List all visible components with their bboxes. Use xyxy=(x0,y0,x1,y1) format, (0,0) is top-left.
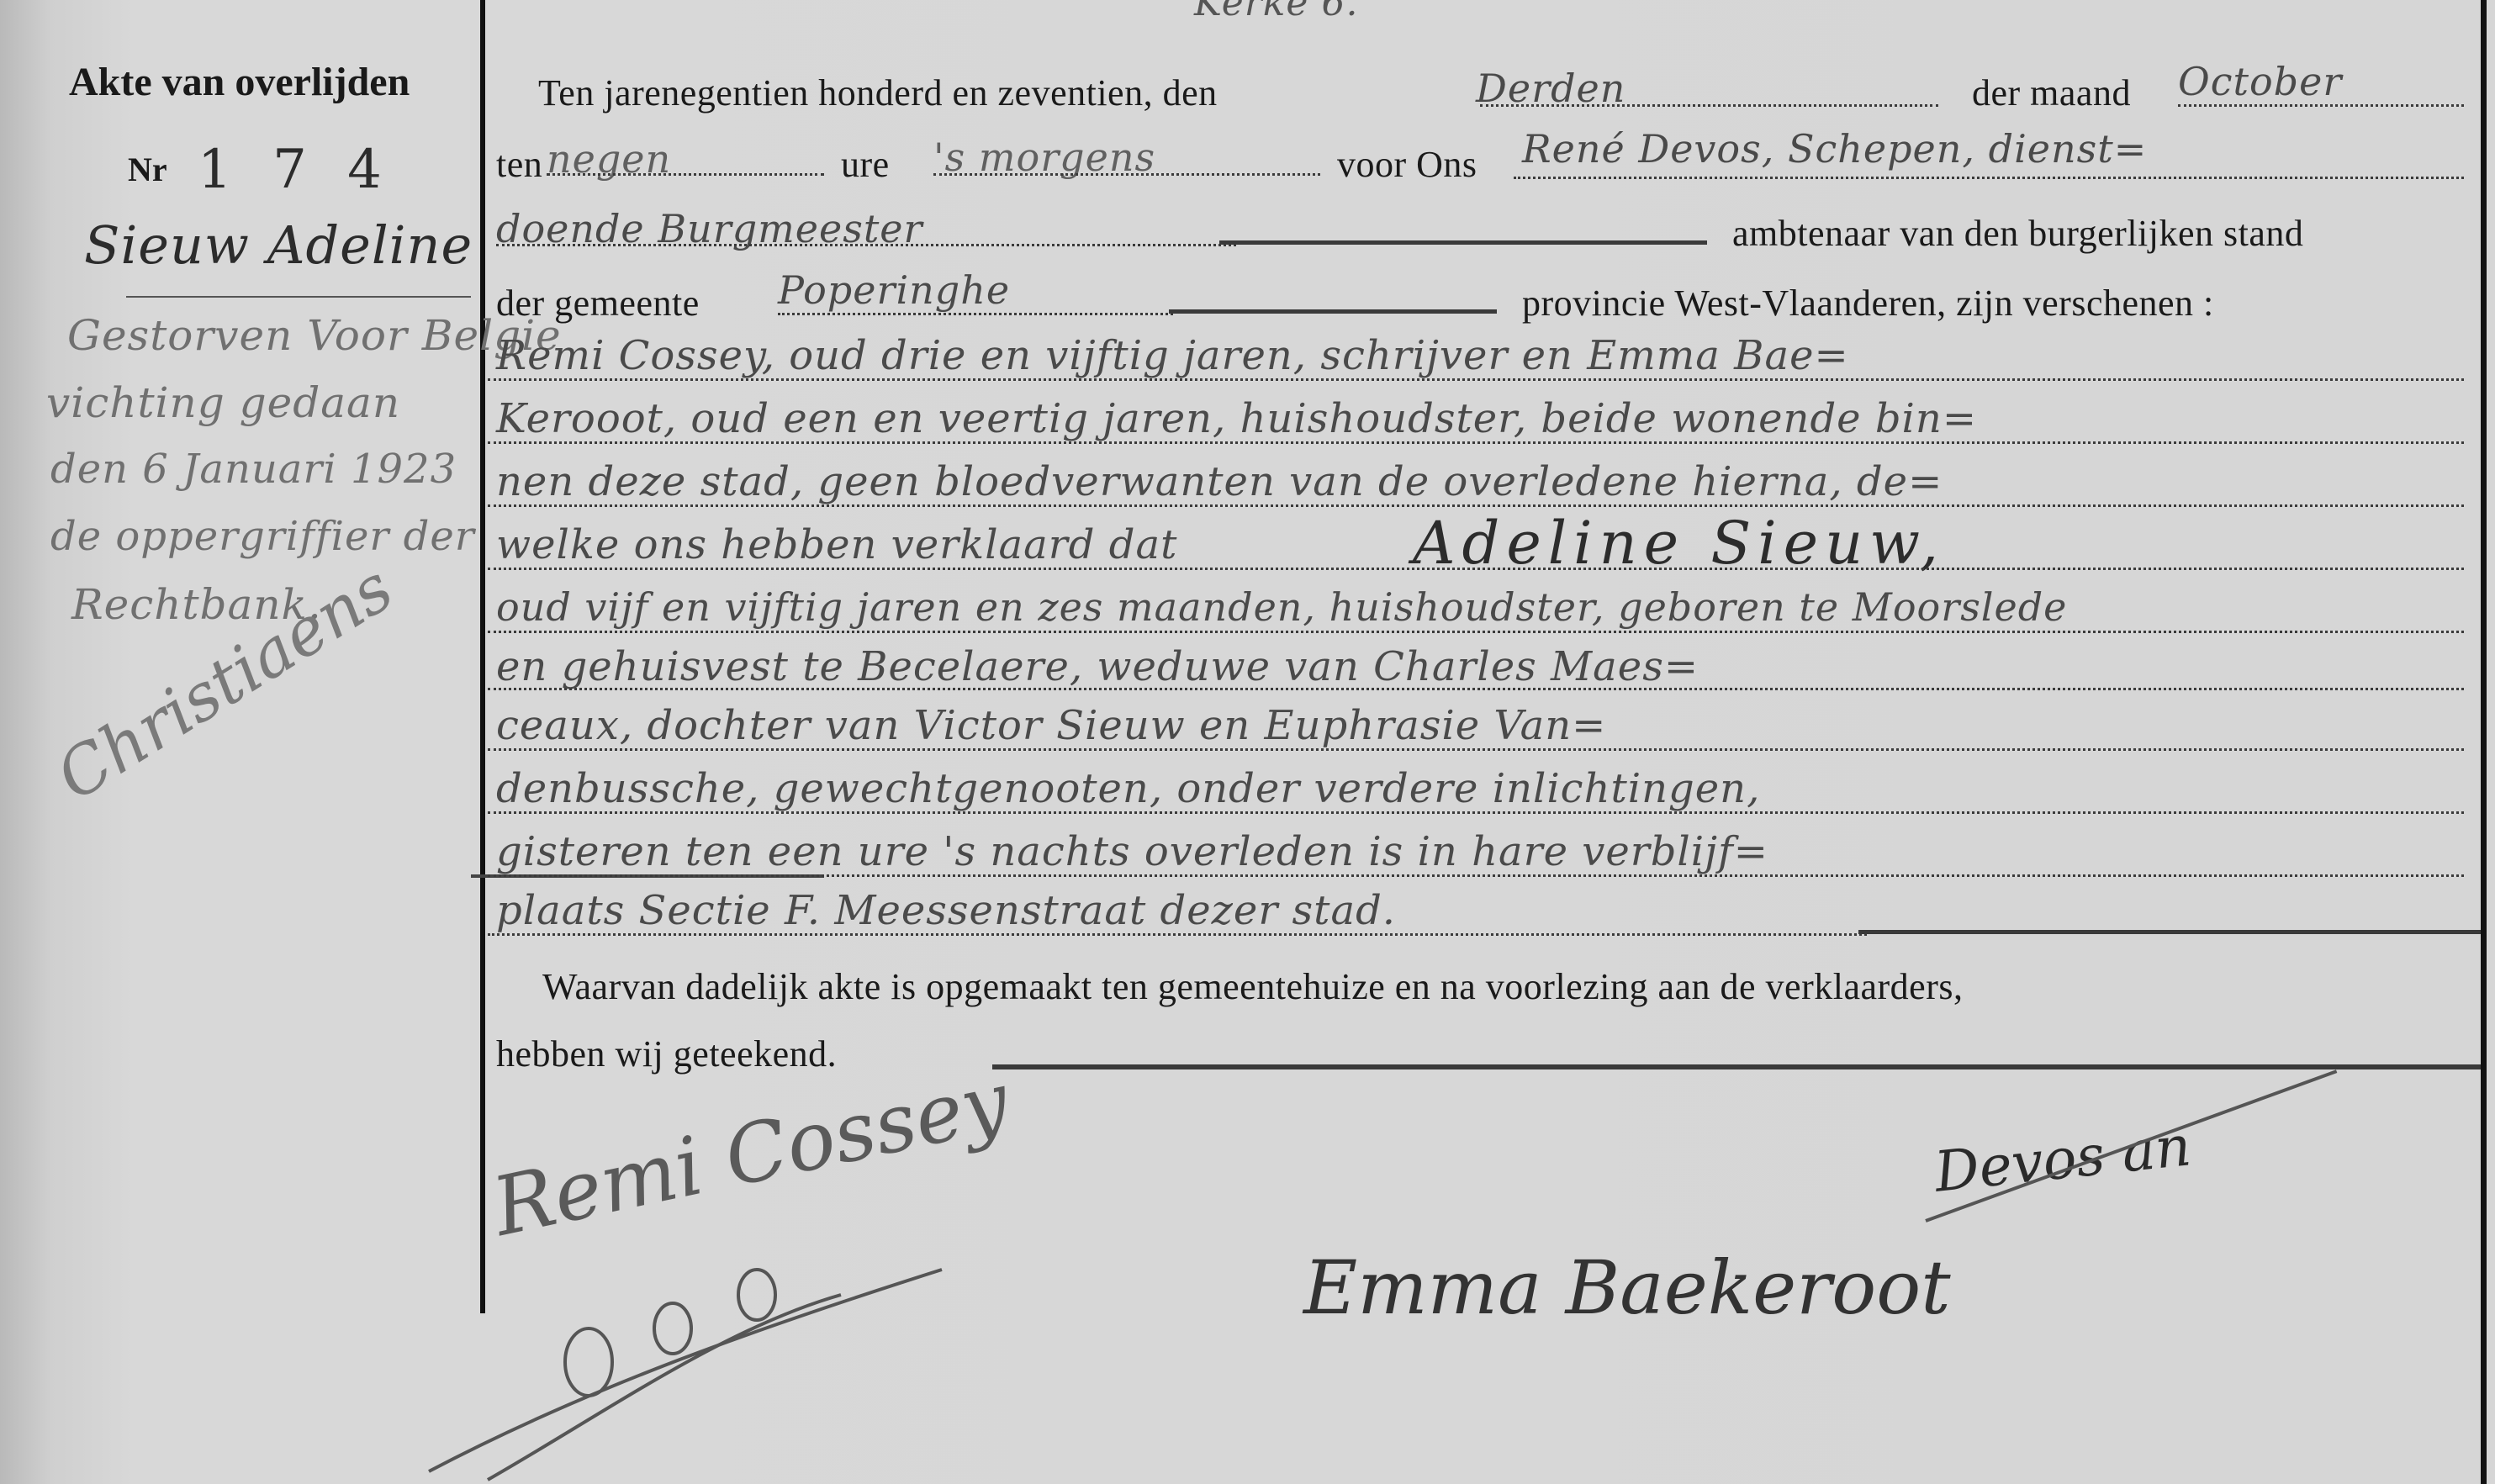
officer-name-field: René Devos, Schepen, dienst= xyxy=(1522,126,2147,172)
signature-officer: Devos an xyxy=(1932,1113,2194,1205)
declaration-line-2: Kerooot, oud een en veertig jaren, huish… xyxy=(496,395,1977,442)
signature-witness-2: Emma Baekeroot xyxy=(1303,1244,1951,1331)
record-number: 1 7 4 xyxy=(198,139,394,201)
municipality-field: Poperinghe xyxy=(778,267,1010,313)
closing-solid-rule xyxy=(992,1064,2481,1069)
declaration-rule-1 xyxy=(488,378,2464,381)
body-line2-text-c: voor Ons xyxy=(1337,143,1477,186)
declaration-rule-9 xyxy=(488,874,2464,877)
declaration-line-1: Remi Cossey, oud drie en vijftig jaren, … xyxy=(496,332,1849,379)
declaration-rule-4 xyxy=(488,568,2464,570)
declaration-line-8: denbussche, gewechtgenooten, onder verde… xyxy=(496,765,1760,812)
declaration-rule-6 xyxy=(488,688,2464,690)
municipality-solid-rule xyxy=(1169,309,1497,314)
deceased-name-underline xyxy=(126,296,471,298)
declaration-line-7: ceaux, dochter van Victor Sieuw en Euphr… xyxy=(496,702,1606,749)
month-field: October xyxy=(2178,59,2342,104)
declaration-line-10: plaats Sectie F. Meessenstraat dezer sta… xyxy=(496,887,1396,934)
left-column-border xyxy=(480,0,485,1313)
margin-note-line-1: Gestorven Voor Belgie xyxy=(67,311,562,360)
declaration-rule-10 xyxy=(488,933,1867,936)
hour-field-rule xyxy=(547,173,824,176)
body-line4-text-b: provincie West-Vlaanderen, zijn verschen… xyxy=(1522,282,2214,325)
officer-name-field-rule xyxy=(1514,177,2464,179)
declaration-rule-5 xyxy=(488,631,2464,633)
body-line1-text-a: Ten jarenegentien honderd en zeventien, … xyxy=(538,71,1218,114)
deceased-name-margin: Sieuw Adeline xyxy=(84,214,473,276)
margin-note-line-3: den 6 Januari 1923 xyxy=(50,446,457,493)
document-type-title: Akte van overlijden xyxy=(69,59,410,105)
time-of-day-field-rule xyxy=(933,173,1320,176)
month-field-rule xyxy=(2178,104,2464,107)
officer-title-solid-rule xyxy=(1219,240,1707,245)
signature-flourish xyxy=(420,1219,1177,1484)
body-line2-text-b: ure xyxy=(841,143,890,186)
right-page-border xyxy=(2481,0,2487,1484)
officer-title-field-rule xyxy=(496,244,1236,246)
declaration-solid-rule-10 xyxy=(1858,930,2481,934)
header-fragment: Kerke 6. xyxy=(1194,0,1358,24)
declaration-rule-8 xyxy=(488,811,2464,814)
declaration-rule-3 xyxy=(488,504,2464,507)
declaration-rule-2 xyxy=(488,441,2464,444)
record-number-label: Nr xyxy=(128,150,167,189)
declaration-line-5: oud vijf en vijftig jaren en zes maanden… xyxy=(496,584,2067,630)
body-line4-text-a: der gemeente xyxy=(496,282,700,325)
closing-line-2: hebben wij geteekend. xyxy=(496,1032,837,1075)
death-certificate-page: Kerke 6. Akte van overlijden Nr 1 7 4 Si… xyxy=(0,0,2495,1484)
margin-note-line-2: vichting gedaan xyxy=(46,378,400,427)
closing-line-1: Waarvan dadelijk akte is opgemaakt ten g… xyxy=(542,965,1963,1008)
body-line2-text-a: ten xyxy=(496,143,542,186)
declaration-line-4: welke ons hebben verklaard dat xyxy=(496,521,1177,568)
body-line3-text: ambtenaar van den burgerlijken stand xyxy=(1732,212,2303,255)
declaration-line-6: en gehuisvest te Becelaere, weduwe van C… xyxy=(496,643,1699,690)
day-field-rule xyxy=(1480,104,1938,107)
declaration-line-9: gisteren ten een ure 's nachts overleden… xyxy=(496,828,1768,875)
margin-note-line-4: de oppergriffier der xyxy=(50,513,475,560)
declaration-rule-7 xyxy=(488,748,2464,751)
municipality-field-rule xyxy=(778,313,1173,315)
declaration-line-3: nen deze stad, geen bloedverwanten van d… xyxy=(496,458,1943,505)
body-line1-text-b: der maand xyxy=(1972,71,2131,114)
